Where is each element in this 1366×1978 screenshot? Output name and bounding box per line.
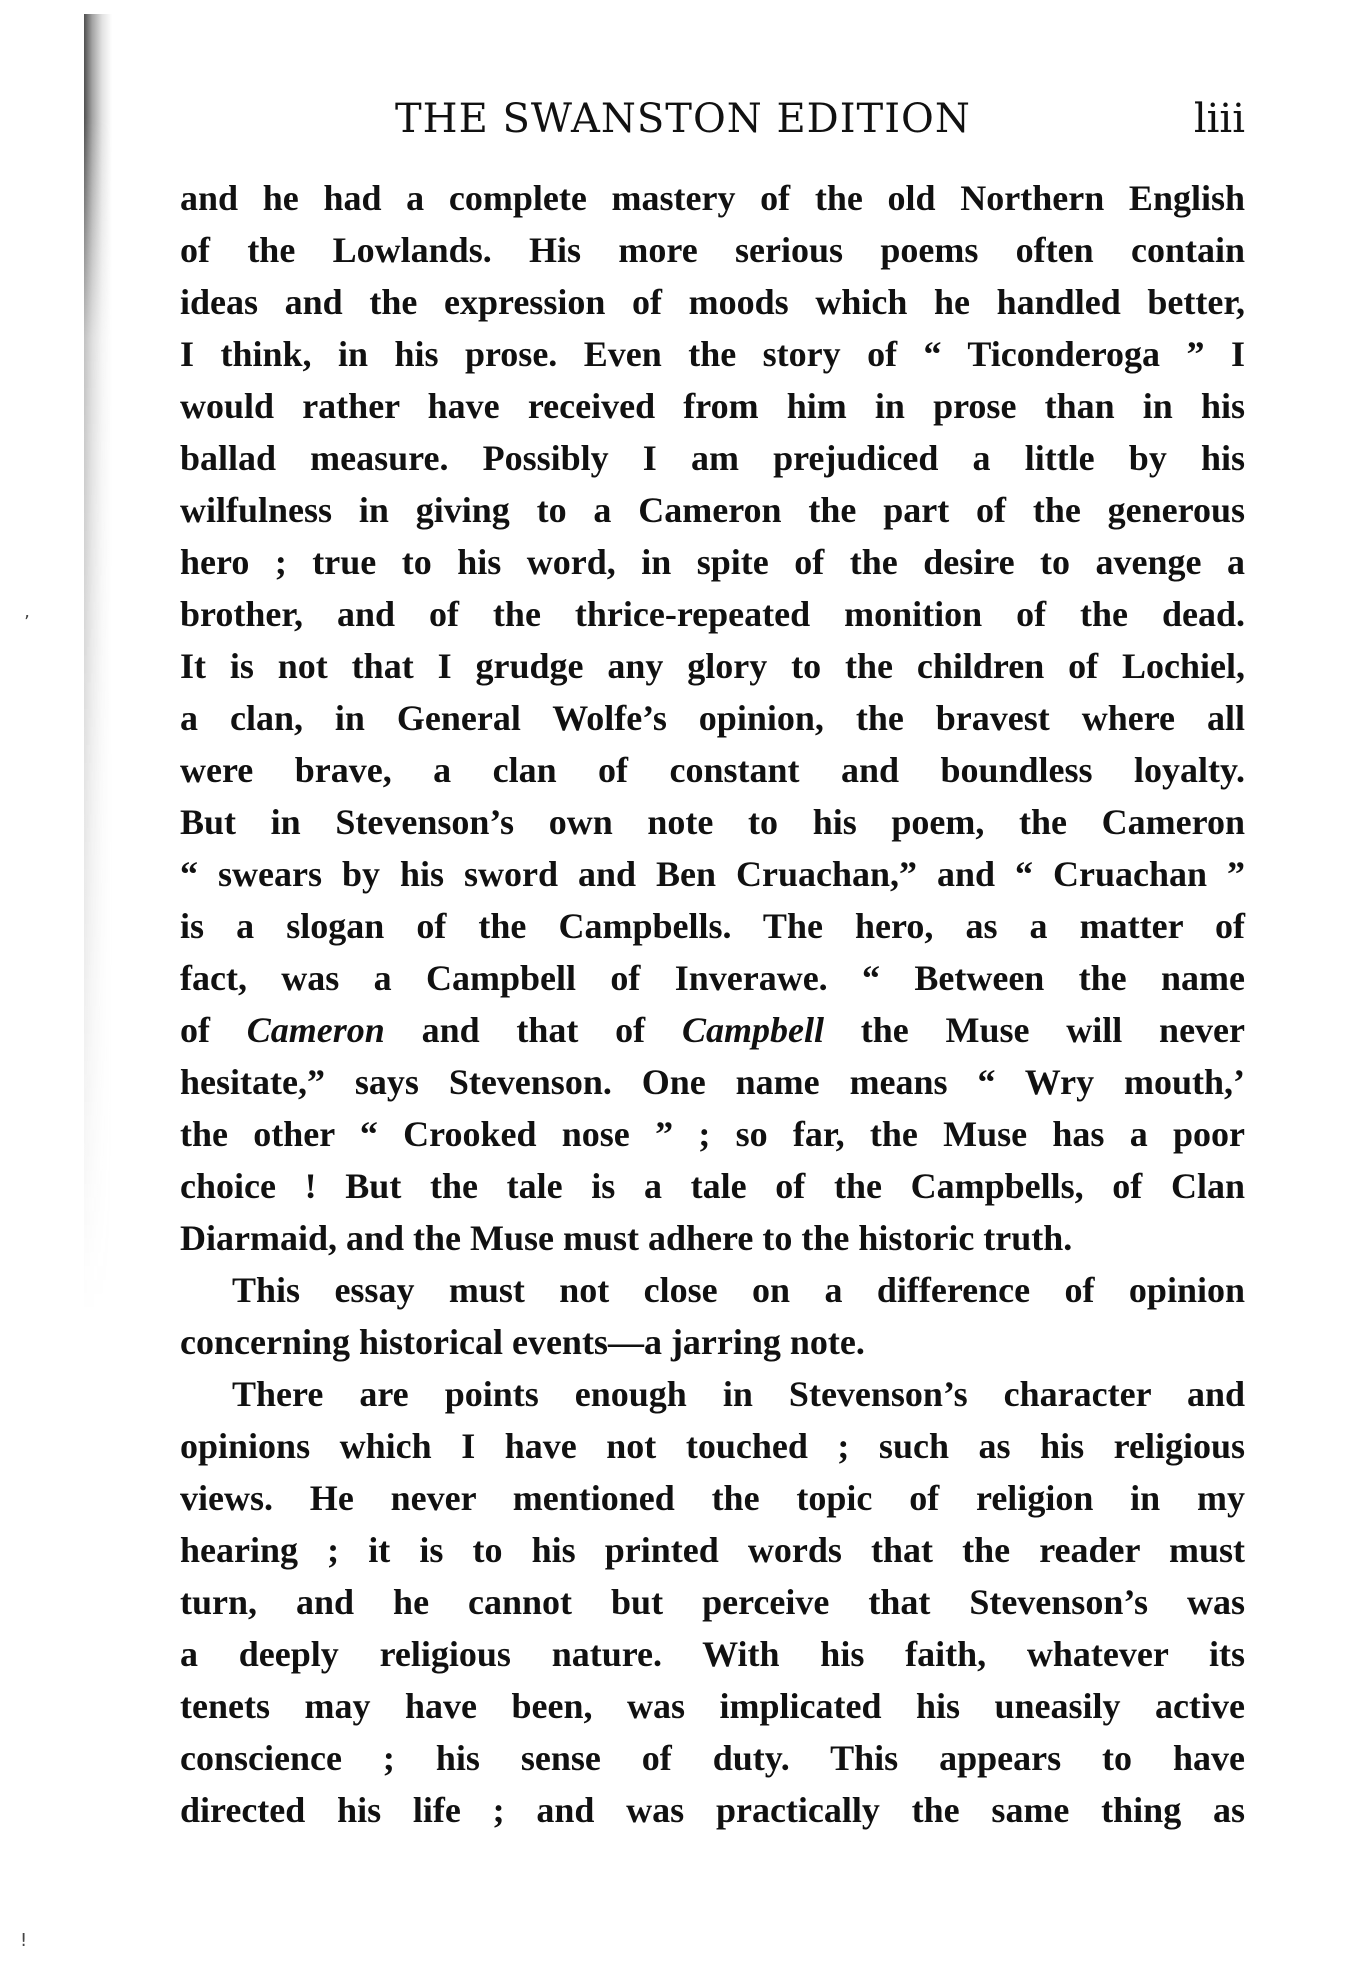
text-line: views. He never mentioned the topic of r… <box>180 1472 1245 1524</box>
margin-mark: ’ <box>24 612 30 633</box>
text-line: is a slogan of the Campbells. The hero, … <box>180 900 1245 952</box>
text-line: turn, and he cannot but perceive that St… <box>180 1576 1245 1628</box>
text-line: of Cameron and that of Campbell the Muse… <box>180 1004 1245 1056</box>
text-line: fact, was a Campbell of Inverawe. “ Betw… <box>180 952 1245 1004</box>
book-page: THE SWANSTON EDITION liii and he had a c… <box>0 0 1366 1978</box>
text-line: This essay must not close on a differenc… <box>180 1264 1245 1316</box>
running-title: THE SWANSTON EDITION <box>395 96 971 142</box>
text-line: conscience ; his sense of duty. This app… <box>180 1732 1245 1784</box>
text-line: hesitate,” says Stevenson. One name mean… <box>180 1056 1245 1108</box>
text-line: But in Stevenson’s own note to his poem,… <box>180 796 1245 848</box>
text-line: a deeply religious nature. With his fait… <box>180 1628 1245 1680</box>
text-line: I think, in his prose. Even the story of… <box>180 328 1245 380</box>
italic-name: Campbell <box>682 1010 824 1050</box>
text-line: a clan, in General Wolfe’s opinion, the … <box>180 692 1245 744</box>
text-line: of the Lowlands. His more serious poems … <box>180 224 1245 276</box>
text-line: Diarmaid, and the Muse must adhere to th… <box>180 1212 1245 1264</box>
text-line: choice ! But the tale is a tale of the C… <box>180 1160 1245 1212</box>
text-line: brother, and of the thrice-repeated moni… <box>180 588 1245 640</box>
text-line: would rather have received from him in p… <box>180 380 1245 432</box>
page-number: liii <box>1194 96 1245 142</box>
text-line: ballad measure. Possibly I am prejudiced… <box>180 432 1245 484</box>
text-line: hearing ; it is to his printed words tha… <box>180 1524 1245 1576</box>
body-text: and he had a complete mastery of the old… <box>180 172 1245 1836</box>
text-line: ideas and the expression of moods which … <box>180 276 1245 328</box>
text-line: directed his life ; and was practically … <box>180 1784 1245 1836</box>
running-head: THE SWANSTON EDITION liii <box>180 96 1245 146</box>
margin-mark: ! <box>20 1930 27 1951</box>
text-line: were brave, a clan of constant and bound… <box>180 744 1245 796</box>
italic-name: Cameron <box>247 1010 385 1050</box>
text-line: hero ; true to his word, in spite of the… <box>180 536 1245 588</box>
text-line: concerning historical events—a jarring n… <box>180 1316 1245 1368</box>
spine-shadow <box>84 14 112 1314</box>
text-line: There are points enough in Stevenson’s c… <box>180 1368 1245 1420</box>
text-line: opinions which I have not touched ; such… <box>180 1420 1245 1472</box>
text-line: tenets may have been, was implicated his… <box>180 1680 1245 1732</box>
text-line: and he had a complete mastery of the old… <box>180 172 1245 224</box>
text-line: It is not that I grudge any glory to the… <box>180 640 1245 692</box>
text-line: wilfulness in giving to a Cameron the pa… <box>180 484 1245 536</box>
text-line: “ swears by his sword and Ben Cruachan,”… <box>180 848 1245 900</box>
text-line: the other “ Crooked nose ” ; so far, the… <box>180 1108 1245 1160</box>
